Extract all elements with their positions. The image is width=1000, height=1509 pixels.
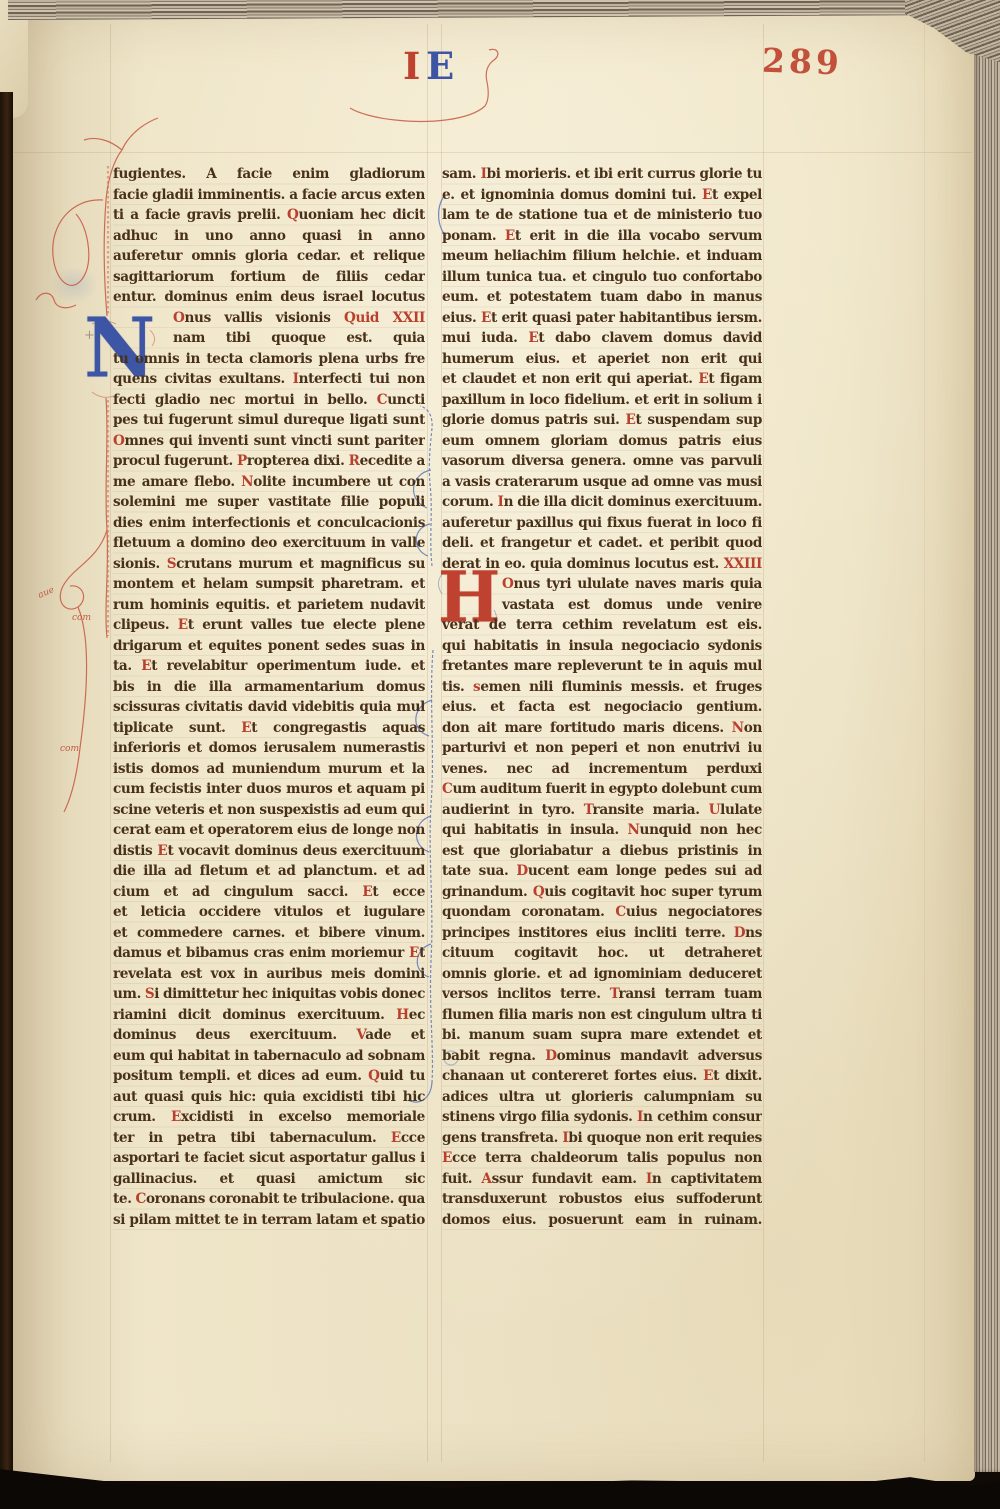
text-line: scissuras civitatis david videbitis quia… [113,697,425,718]
ruling-line-vertical [763,24,764,1462]
text-line: cituum cogitavit hoc. ut detraheret supe… [442,943,762,964]
text-line: bi. manum suam supra mare extendet et co… [442,1025,762,1046]
text-line: qui habitatis in insula. Nunquid non hec… [442,820,762,841]
text-line: clipeus. Et erunt valles tue electe plen… [113,615,425,636]
text-line: riamini dicit dominus exercituum. Hec di… [113,1004,425,1025]
text-line: damus et bibamus cras enim moriemur Et [113,943,425,964]
text-line: dominus deus exercituum. Vade et ingrede… [113,1025,425,1046]
text-line: flumen filia maris non est cingulum ultr… [442,1004,762,1025]
text-line: stinens virgo filia sydonis. In cethim c… [442,1107,762,1128]
text-line: eius. Et erit quasi pater habitantibus i… [442,307,762,328]
text-line: drigarum et equites ponent sedes suas in… [113,635,425,656]
text-line: fecti gladio nec mortui in bello. Cuncti… [113,389,425,410]
text-line: eum omnem gloriam domus patris eius [442,430,762,451]
text-line: te. Coronans coronabit te tribulacione. … [113,1189,425,1210]
text-line: sagittariorum fortium de filiis cedar im… [113,266,425,287]
text-line: tis. semen nili fluminis messis. et frug… [442,676,762,697]
text-line: et leticia occidere vitulos et iugulare … [113,902,425,923]
text-line: transduxerunt robustos eius suffoderunt [442,1189,762,1210]
text-line: scine veteris et non suspexistis ad eum … [113,799,425,820]
book-page-edges-right [974,0,1000,1472]
text-line: quondam coronatam. Cuius negociatores [442,902,762,923]
text-line: tate sua. Ducent eam longe pedes sui ad … [442,861,762,882]
marginal-note: com [60,744,79,754]
text-line: auferetur paxillus qui fixus fuerat in l… [442,512,762,533]
text-line: gallinacius. et quasi amictum sic sublev… [113,1168,425,1189]
text-line: um. Si dimittetur hec iniquitas vobis do… [113,984,425,1005]
text-line: principes institores eius incliti terre.… [442,922,762,943]
text-line: corum. In die illa dicit dominus exercit… [442,492,762,513]
text-line: venes. nec ad incrementum perduxi virgin… [442,758,762,779]
ruling-line-horizontal [14,152,972,153]
text-line: fugientes. A facie enim gladiorum fugeru… [113,164,425,185]
text-line: paxillum in loco fidelium. et erit in so… [442,389,762,410]
text-line: tiplicate sunt. Et congregastis aquas pi… [113,717,425,738]
text-line: positum templi. et dices ad eum. Quid tu… [113,1066,425,1087]
binding-gutter-edge [0,92,13,1509]
text-line: parturivi et non peperi et non enutrivi … [442,738,762,759]
text-line: asportari te faciet sicut asportatur gal… [113,1148,425,1169]
folio-number: 289 [761,41,843,83]
running-title-letter-e: E [426,48,454,85]
text-line: sam. Ibi morieris. et ibi erit currus gl… [442,164,762,185]
text-line: ti a facie gravis prelii. Quoniam hec di… [113,205,425,226]
text-line: lam te de statione tua et de ministerio … [442,205,762,226]
marginal-note: com [72,613,91,623]
text-line: montem et helam sumpsit pharetram. et cu… [113,574,425,595]
text-line: Ecce terra chaldeorum talis populus non [442,1148,762,1169]
text-line: distis Et vocavit dominus deus exercituu… [113,840,425,861]
text-line: Omnes qui inventi sunt vincti sunt parit… [113,430,425,451]
text-line: adhuc in uno anno quasi in anno mercenna… [113,225,425,246]
text-line: illum tunica tua. et cingulo tuo confort… [442,266,762,287]
text-line: me amare flebo. Nolite incumbere ut con [113,471,425,492]
text-line: qui habitatis in insula negociacio sydon… [442,635,762,656]
text-line: versos inclitos terre. Transi terram tua… [442,984,762,1005]
text-line: revelata est vox in auribus meis domini … [113,963,425,984]
text-line: fretantes mare repleverunt te in aquis m… [442,656,762,677]
text-line: auferetur omnis gloria cedar. et relique… [113,246,425,267]
text-line: tu omnis in tecta clamoris plena urbs fr… [113,348,425,369]
text-line: ponam. Et erit in die illa vocabo servum [442,225,762,246]
text-line: humerum eius. et aperiet non erit qui cl… [442,348,762,369]
text-line: quens civitas exultans. Interfecti tui n… [113,369,425,390]
text-line: glorie domus patris sui. Et suspendam su… [442,410,762,431]
text-line: est que gloriabatur a diebus pristinis i… [442,840,762,861]
text-line: die illa ad fletum et ad planctum. et ad… [113,861,425,882]
text-line: fuit. Assur fundavit eam. In captivitate… [442,1168,762,1189]
text-line: nam tibi quoque est. quia ascendisti et [113,328,425,349]
text-line: ter in petra tibi tabernaculum. Ecce dom… [113,1127,425,1148]
text-line: entur. dominus enim deus israel locutus … [113,287,425,308]
text-line: Onus vallis visionis Quid XXII [113,307,425,328]
manuscript-photo: I E 289 N H fugientes. A facie enim glad… [0,0,1000,1509]
text-line: ta. Et revelabitur operimentum iude. et … [113,656,425,677]
text-line: cum fecistis inter duos muros et aquam p… [113,779,425,800]
text-line: sionis. Scrutans murum et magnificus su [113,553,425,574]
text-line: procul fugerunt. Propterea dixi. Recedit… [113,451,425,472]
ruling-line-vertical [110,24,111,1462]
text-line: don ait mare fortitudo maris dicens. Non [442,717,762,738]
text-line: vastata est domus unde venire consue [442,594,762,615]
ink-smudge [50,266,98,304]
text-line: crum. Excidisti in excelso memoriale dil… [113,1107,425,1128]
text-line: deli. et frangetur et cadet. et peribit … [442,533,762,554]
text-line: audierint in tyro. Transite maria. Ulula… [442,799,762,820]
text-line: istis domos ad muniendum murum et la [113,758,425,779]
text-line: verat de terra cethim revelatum est eis.… [442,615,762,636]
text-line: eum qui habitat in tabernaculo ad sobnam… [113,1045,425,1066]
text-line: eius. et facta est negociacio gentium. E… [442,697,762,718]
text-line: inferioris et domos ierusalem numerastis… [113,738,425,759]
text-line: gens transfreta. Ibi quoque non erit req… [442,1127,762,1148]
text-line: babit regna. Dominus mandavit adversus [442,1045,762,1066]
text-line: derat in eo. quia dominus locutus est. X… [442,553,762,574]
running-title-letter-i: I [403,48,420,85]
text-line: chanaan ut contereret fortes eius. Et di… [442,1066,762,1087]
text-line: Onus tyri ululate naves maris quia [442,574,762,595]
text-line: omnis glorie. et ad ignominiam deduceret… [442,963,762,984]
text-line: meum heliachim filium helchie. et induam [442,246,762,267]
text-line: aut quasi quis hic: quia excidisti tibi … [113,1086,425,1107]
text-line: si pilam mittet te in terram latam et sp… [113,1209,425,1230]
text-line: cium et ad cingulum sacci. Et ecce gaudi… [113,881,425,902]
text-line: et claudet et non erit qui aperiat. Et f… [442,369,762,390]
text-column-left: fugientes. A facie enim gladiorum fugeru… [113,164,425,1230]
text-line: adices ultra ut glorieris calumpniam su [442,1086,762,1107]
text-line: eum. et potestatem tuam dabo in manus [442,287,762,308]
text-line: et commedere carnes. et bibere vinum. Co… [113,922,425,943]
pen-trial-mark: + [84,328,95,343]
text-line: e. et ignominia domus domini tui. Et exp… [442,184,762,205]
text-line: rum hominis equitis. et parietem nudavit [113,594,425,615]
ruling-line-vertical [924,24,925,1462]
text-line: cerat eam et operatorem eius de longe no… [113,820,425,841]
ruling-line-vertical [427,24,428,1462]
text-line: mui iuda. Et dabo clavem domus david sup… [442,328,762,349]
text-line: facie gladii imminentis. a facie arcus e… [113,184,425,205]
text-line: fletuum a domino deo exercituum in valle… [113,533,425,554]
text-line: Cum auditum fuerit in egypto dolebunt cu… [442,779,762,800]
text-line: bis in die illa armamentarium domus salt… [113,676,425,697]
text-column-right: sam. Ibi morieris. et ibi erit currus gl… [442,164,762,1230]
text-line: vasorum diversa genera. omne vas parvuli [442,451,762,472]
text-line: solemini me super vastitate filie populi… [113,492,425,513]
text-line: a vasis craterarum usque ad omne vas mus… [442,471,762,492]
text-line: domos eius. posuerunt eam in ruinam. [442,1209,762,1230]
text-line: pes tui fugerunt simul dureque ligati su… [113,410,425,431]
text-line: grinandum. Quis cogitavit hoc super tyru… [442,881,762,902]
text-line: dies enim interfectionis et conculcacion… [113,512,425,533]
